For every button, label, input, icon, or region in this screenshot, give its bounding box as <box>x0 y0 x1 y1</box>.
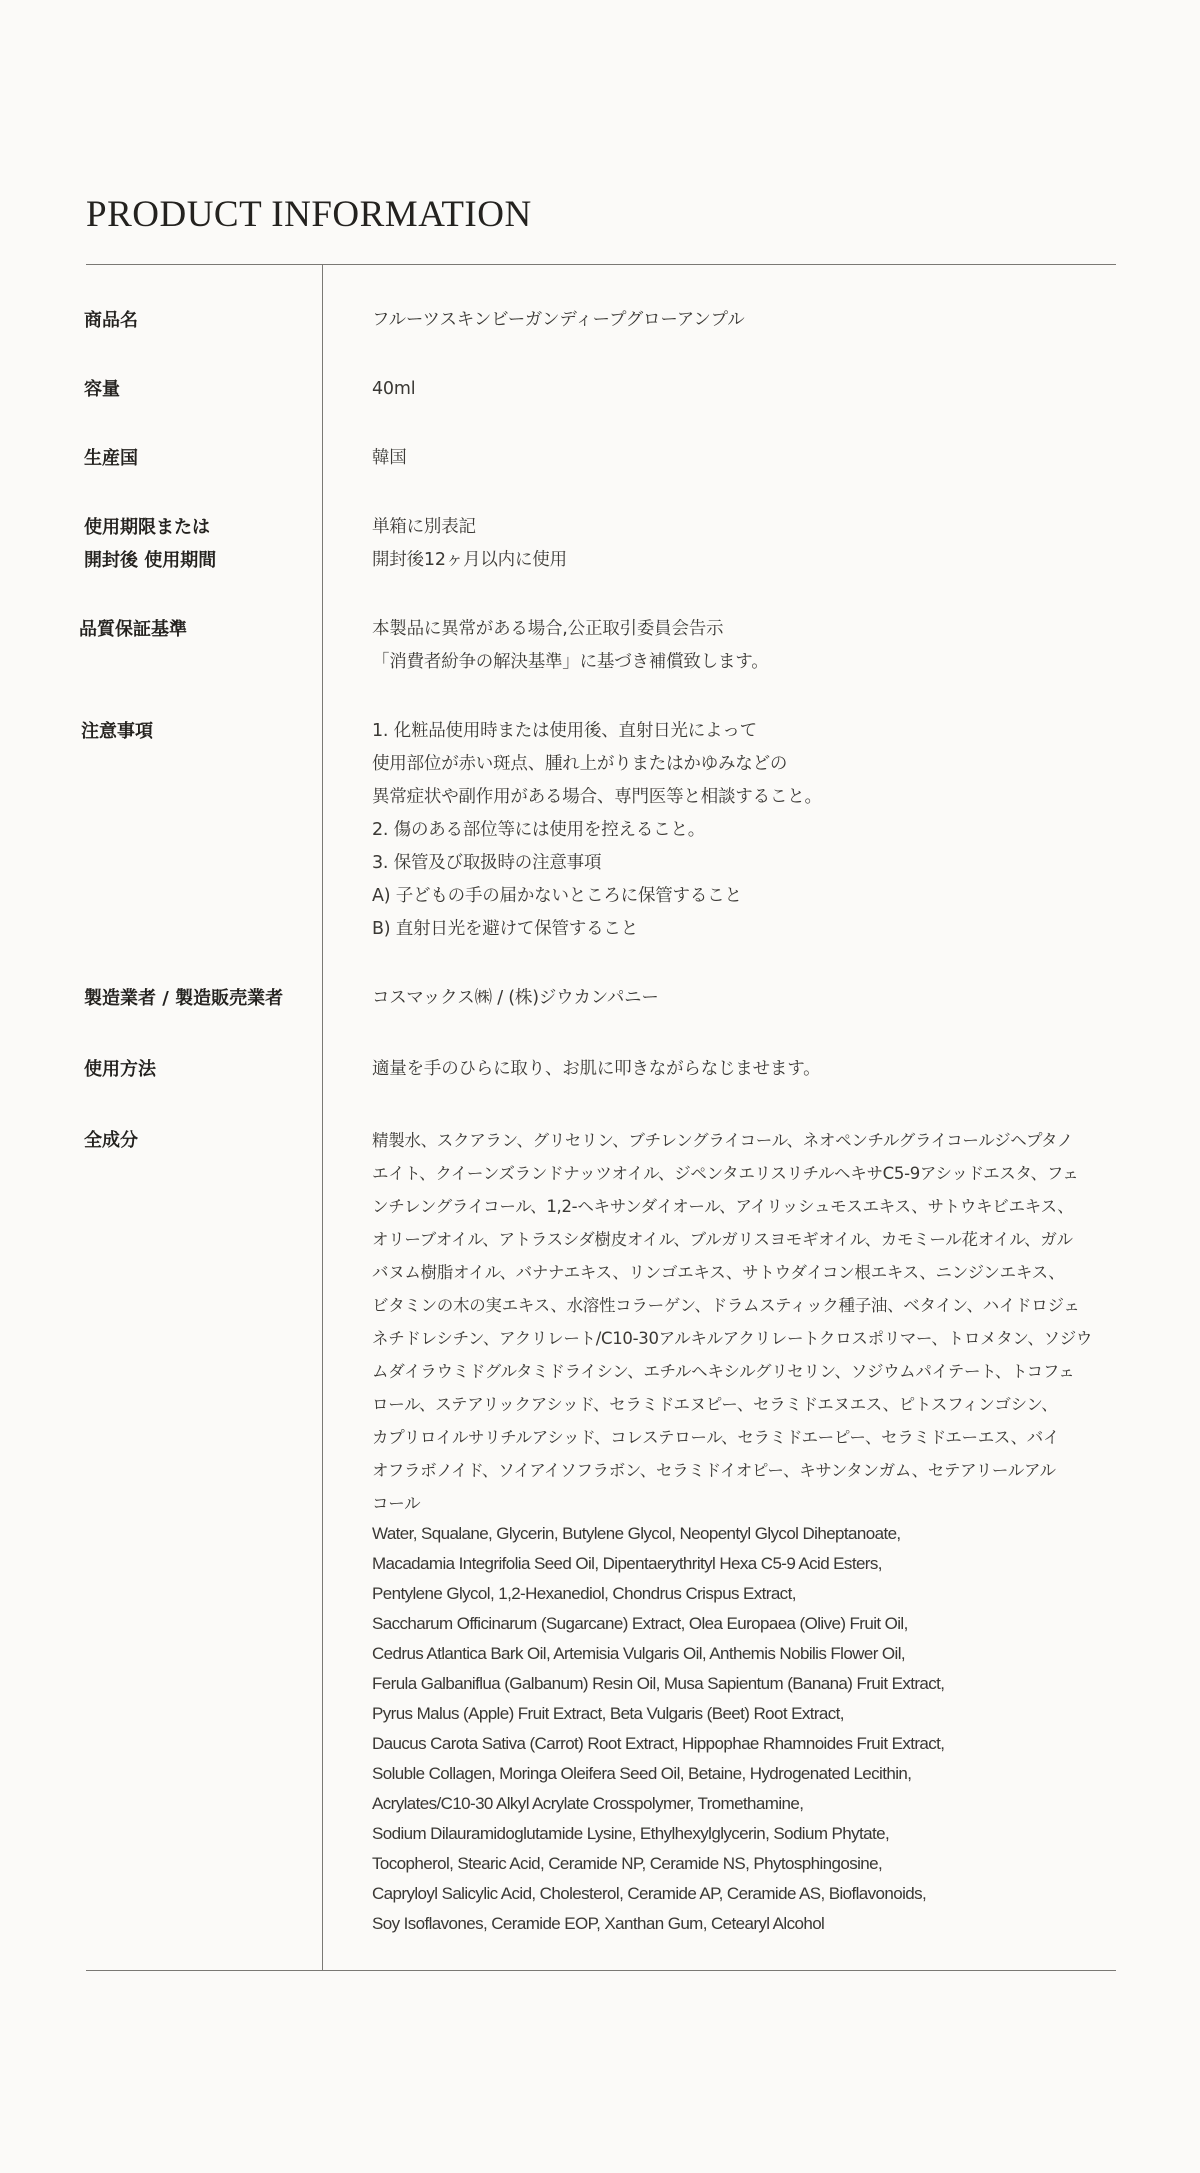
value-country: 韓国 <box>372 442 1142 475</box>
value-quality-guarantee: 本製品に異常がある場合,公正取引委員会告示 「消費者紛争の解決基準」に基づき補償… <box>372 613 1142 679</box>
column-divider <box>322 264 323 1970</box>
page-title: PRODUCT INFORMATION <box>86 196 532 233</box>
label-quality-guarantee: 品質保証基準 <box>79 613 309 646</box>
label-volume: 容量 <box>84 373 314 406</box>
value-usage: 適量を手のひらに取り、お肌に叩きながらなじませます。 <box>372 1053 1142 1086</box>
label-usage: 使用方法 <box>84 1053 314 1086</box>
label-country: 生産国 <box>84 442 314 475</box>
table-top-rule <box>86 264 1116 265</box>
value-product-name: フルーツスキンビーガンディープグローアンプル <box>372 304 1142 337</box>
label-product-name: 商品名 <box>84 304 314 337</box>
ingredients-english: Water, Squalane, Glycerin, Butylene Glyc… <box>372 1519 1142 1939</box>
ingredients-japanese: 精製水、スクアラン、グリセリン、ブチレングライコール、ネオペンチルグライコールジ… <box>372 1124 1142 1520</box>
label-ingredients: 全成分 <box>84 1124 314 1157</box>
value-manufacturer: コスマックス㈱ / (株)ジウカンパニー <box>372 982 1142 1015</box>
table-bottom-rule <box>86 1970 1116 1971</box>
value-volume: 40ml <box>372 373 1142 406</box>
label-expiry: 使用期限または 開封後 使用期間 <box>84 511 314 577</box>
value-expiry: 単箱に別表記 開封後12ヶ月以内に使用 <box>372 511 1142 577</box>
label-precautions: 注意事項 <box>81 715 311 748</box>
value-precautions: 1. 化粧品使用時または使用後、直射日光によって 使用部位が赤い斑点、腫れ上がり… <box>372 715 1142 946</box>
label-manufacturer: 製造業者 / 製造販売業者 <box>84 982 314 1015</box>
value-ingredients: 精製水、スクアラン、グリセリン、ブチレングライコール、ネオペンチルグライコールジ… <box>372 1124 1142 1939</box>
